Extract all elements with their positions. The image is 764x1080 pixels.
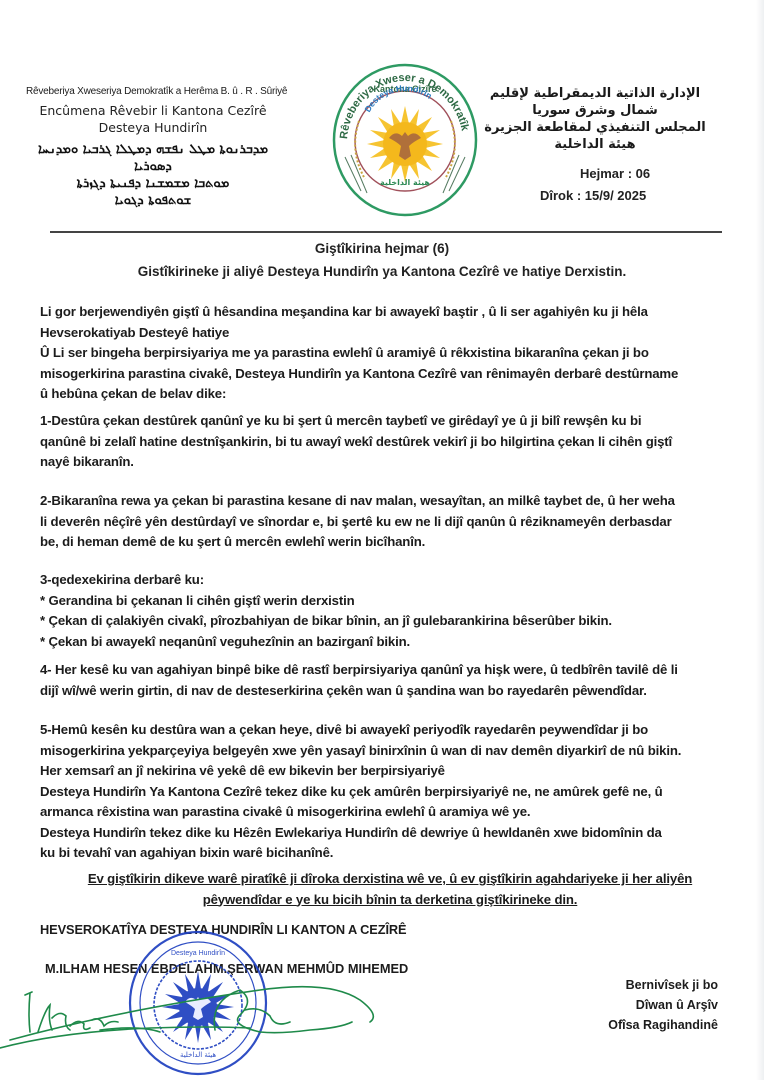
point-1: 1-Destûra çekan destûrek qanûnî ye ku bi… — [40, 411, 740, 473]
org-name-arabic: الإدارة الذاتية الديمقراطية لإقليم شمال … — [470, 85, 720, 119]
intro-paragraph: Li gor berjewendiyên giştî û hêsandina m… — [40, 302, 740, 405]
header-divider — [50, 231, 722, 233]
department-name: Desteya Hundirîn — [28, 120, 278, 135]
point-4: 4- Her kesê ku van agahiyan binpê bike d… — [40, 660, 740, 701]
council-name-arabic: المجلس التنفيذي لمقاطعة الجزيرة — [470, 119, 720, 136]
svg-text:هيئة الداخلية: هيئة الداخلية — [380, 178, 430, 187]
header-left: Rêveberiya Xweseriya Demokratîk a Herêma… — [28, 86, 278, 209]
department-name-arabic: هيئة الداخلية — [470, 136, 720, 153]
document-number: Hejmar : 06 — [580, 166, 650, 181]
svg-text:Desteya Hundirîn: Desteya Hundirîn — [171, 950, 225, 957]
org-name-syriac: ܡܕܒܪܢܘܬܐ ܡܛܠ ܢܦܫܗ ܕܡܛܠܐ ܓܪܒܝܐ ܘܡܕܢܚܐ ܕܣܘ… — [28, 141, 278, 209]
document-subtitle: Gistîkirineke ji aliyê Desteya Hundirîn … — [0, 264, 764, 279]
document-title: Giştîkirina hejmar (6) — [0, 241, 764, 256]
copies-to: Bernivîsek ji bo Dîwan û Arşîv Ofîsa Rag… — [608, 975, 718, 1035]
header-right: الإدارة الذاتية الديمقراطية لإقليم شمال … — [470, 85, 720, 153]
org-name-latin: Rêveberiya Xweseriya Demokratîk a Herêma… — [26, 86, 278, 97]
handwritten-signatures — [0, 960, 420, 1080]
council-name: Encûmena Rêvebir li Kantona Cezîrê — [28, 103, 278, 118]
point-2: 2-Bikaranîna rewa ya çekan bi parastina … — [40, 491, 740, 553]
page-edge — [756, 0, 764, 1080]
department-seal-icon: Rêveberiya Xweser a Demokratîk Kantona C… — [331, 61, 479, 217]
point-5: 5-Hemû kesên ku destûra wan a çekan heye… — [40, 720, 740, 864]
document-date: Dîrok : 15/9/ 2025 — [540, 188, 646, 203]
closing-statement: Ev giştîkirin dikeve warê piratîkê ji dî… — [40, 869, 740, 910]
point-3: 3-qedexekirina derbarê ku: * Gerandina b… — [40, 570, 740, 652]
